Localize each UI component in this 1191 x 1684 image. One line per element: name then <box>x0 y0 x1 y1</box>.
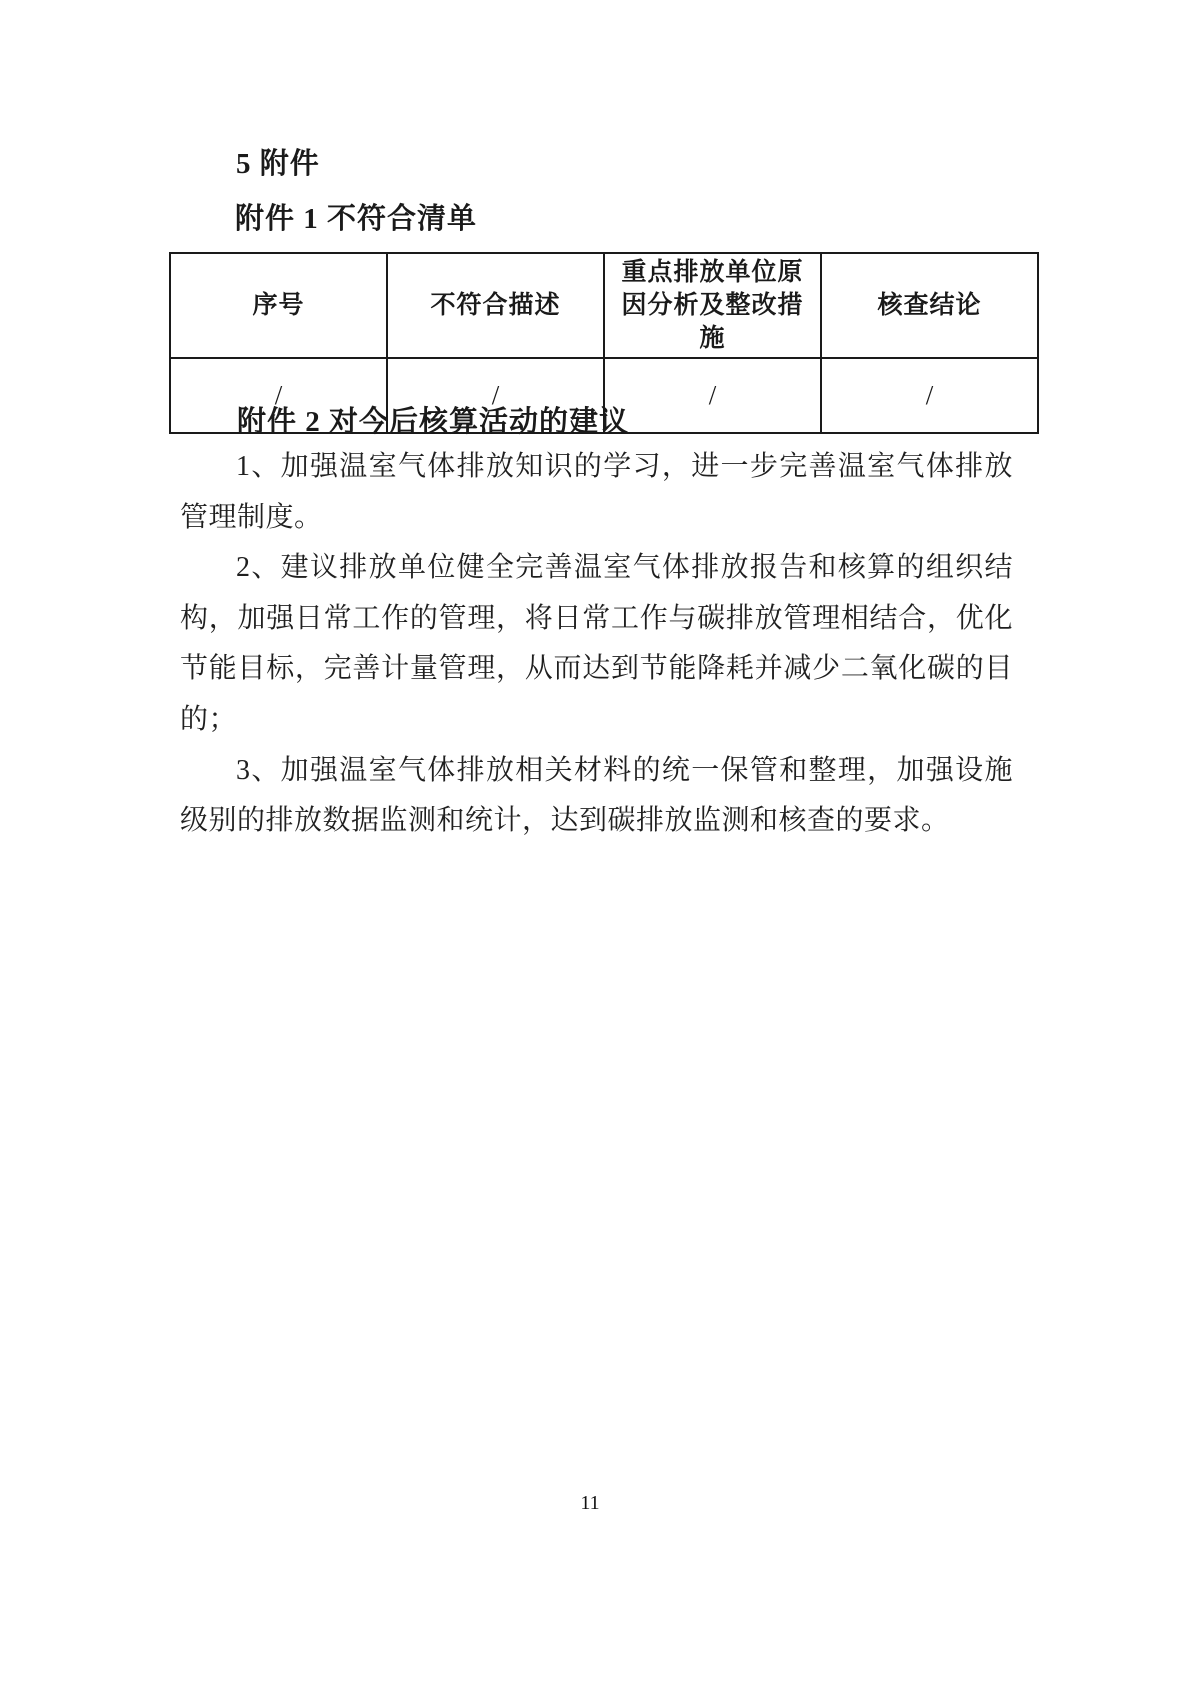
noncompliance-table-head: 序号 不符合描述 重点排放单位原因分析及整改措施 核查结论 <box>170 253 1038 358</box>
table-cell-cause-analysis: / <box>604 358 821 433</box>
page-number: 11 <box>0 1492 1180 1515</box>
table-header-description: 不符合描述 <box>387 253 604 358</box>
suggestion-paragraph-1: 1、加强温室气体排放知识的学习，进一步完善温室气体排放管理制度。 <box>180 442 1013 543</box>
section-title: 5 附件 <box>236 141 320 182</box>
table-header-serial: 序号 <box>170 253 387 358</box>
table-header-cause-analysis: 重点排放单位原因分析及整改措施 <box>604 253 821 358</box>
document-page: 5 附件 附件 1 不符合清单 序号 不符合描述 重点排放单位原因分析及整改措施… <box>0 0 1191 1684</box>
attachment2-title: 附件 2 对今后核算活动的建议 <box>237 399 629 440</box>
suggestion-paragraph-3: 3、加强温室气体排放相关材料的统一保管和整理，加强设施级别的排放数据监测和统计，… <box>180 746 1013 847</box>
suggestion-paragraph-2: 2、建议排放单位健全完善温室气体排放报告和核算的组织结构，加强日常工作的管理，将… <box>180 543 1013 745</box>
table-cell-conclusion: / <box>821 358 1038 433</box>
suggestions-text-block: 1、加强温室气体排放知识的学习，进一步完善温室气体排放管理制度。 2、建议排放单… <box>180 442 1013 847</box>
attachment1-title: 附件 1 不符合清单 <box>235 196 477 237</box>
table-header-conclusion: 核查结论 <box>821 253 1038 358</box>
table-header-row: 序号 不符合描述 重点排放单位原因分析及整改措施 核查结论 <box>170 253 1038 358</box>
